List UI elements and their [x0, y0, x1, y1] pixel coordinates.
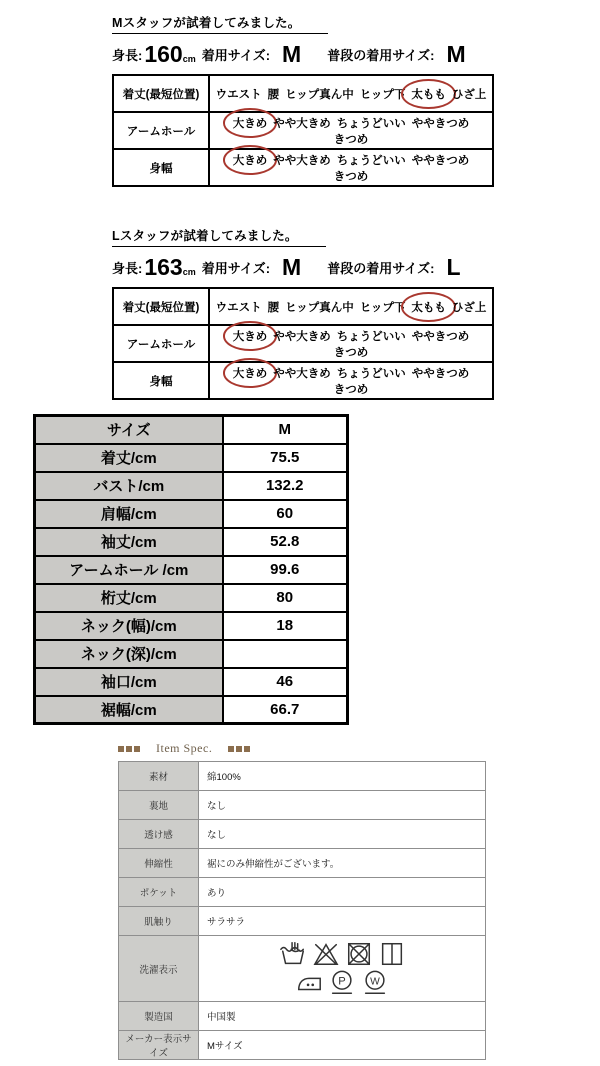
laundry-symbols-row: PW	[295, 969, 389, 997]
spec-label: 肌触り	[119, 907, 199, 936]
option: やや大きめ	[273, 115, 331, 131]
option-circled-red: 太もも	[411, 86, 446, 102]
fit-table-row: 身幅大きめやや大きめちょうどいいややきつめきつめ	[113, 362, 493, 399]
spec-value: 中国製	[199, 1002, 486, 1031]
spec-table-row: 裏地なし	[119, 791, 486, 820]
spec-value: あり	[199, 878, 486, 907]
do-not-bleach-icon	[312, 940, 340, 968]
spec-value: 綿100%	[199, 762, 486, 791]
fit-row-label: 着丈(最短位置)	[113, 288, 209, 325]
size-col-header: サイズ	[35, 416, 223, 444]
spec-table-row: 洗濯表示PW	[119, 936, 486, 1002]
option: ヒップ真ん中	[285, 299, 354, 315]
brown-squares-icon	[118, 746, 140, 752]
brown-squares-icon	[228, 746, 250, 752]
size-col-value-header: M	[223, 416, 348, 444]
fit-row-label: アームホール	[113, 112, 209, 149]
option: きつめ	[334, 344, 369, 360]
svg-text:P: P	[338, 975, 345, 987]
fit-table-row: アームホール大きめやや大きめちょうどいいややきつめきつめ	[113, 325, 493, 362]
height-unit: cm	[183, 267, 196, 279]
option: やや大きめ	[273, 328, 331, 344]
fit-row-label: アームホール	[113, 325, 209, 362]
spec-value: Mサイズ	[199, 1031, 486, 1060]
iron-two-dots-icon	[295, 969, 323, 997]
spec-table-row: 透け感なし	[119, 820, 486, 849]
item-spec-table: 素材綿100%裏地なし透け感なし伸縮性裾にのみ伸縮性がございます。ポケットあり肌…	[118, 761, 486, 1060]
fit-section-m: Mスタッフが試着してみました。 身長: 160 cm 着用サイズ: M 普段の着…	[112, 13, 494, 187]
option: ややきつめ	[412, 328, 470, 344]
measure-label: ネック(幅)/cm	[35, 612, 223, 640]
size-table-row: サイズM	[35, 416, 348, 444]
option: きつめ	[334, 131, 369, 147]
measure-label: 肩幅/cm	[35, 500, 223, 528]
measure-label: 桁丈/cm	[35, 584, 223, 612]
fit-row-label: 身幅	[113, 362, 209, 399]
measure-label: ネック(深)/cm	[35, 640, 223, 668]
option-circled-red: 大きめ	[233, 328, 268, 344]
size-table-row: ネック(深)/cm	[35, 640, 348, 668]
height-value: 163	[144, 256, 182, 279]
option: きつめ	[334, 168, 369, 184]
measure-value: 99.6	[223, 556, 348, 584]
fit-section-l-heading: Lスタッフが試着してみました。	[112, 226, 326, 247]
fit-section-l-info: 身長: 163 cm 着用サイズ: M 普段の着用サイズ: L	[112, 256, 494, 279]
height-label: 身長:	[112, 45, 142, 66]
spec-table-row: 肌触りサラサラ	[119, 907, 486, 936]
spec-value: なし	[199, 820, 486, 849]
option: ややきつめ	[412, 365, 470, 381]
fit-row-options: ウエスト腰ヒップ真ん中ヒップ下太ももひざ上	[209, 75, 493, 112]
spec-label: 伸縮性	[119, 849, 199, 878]
height-value: 160	[144, 43, 182, 66]
usual-size-label: 普段の着用サイズ:	[327, 258, 434, 279]
option: ヒップ真ん中	[285, 86, 354, 102]
option-circled-red: 太もも	[411, 299, 446, 315]
dry-clean-p-icon: P	[328, 969, 356, 997]
option: ウエスト	[216, 86, 262, 102]
item-spec-title: Item Spec.	[156, 741, 212, 756]
laundry-symbols: PW	[199, 938, 485, 999]
spec-value: サラサラ	[199, 907, 486, 936]
fit-table-m: 着丈(最短位置)ウエスト腰ヒップ真ん中ヒップ下太ももひざ上アームホール大きめやや…	[112, 74, 494, 187]
spec-label: 透け感	[119, 820, 199, 849]
wear-size-label: 着用サイズ:	[202, 258, 270, 279]
fit-table-row: 着丈(最短位置)ウエスト腰ヒップ真ん中ヒップ下太ももひざ上	[113, 75, 493, 112]
option: ウエスト	[216, 299, 262, 315]
option: ヒップ下	[360, 299, 406, 315]
height-unit: cm	[183, 54, 196, 66]
size-measurements-table: サイズM着丈/cm75.5バスト/cm132.2肩幅/cm60袖丈/cm52.8…	[33, 414, 349, 725]
measure-value: 75.5	[223, 444, 348, 472]
measure-label: 袖口/cm	[35, 668, 223, 696]
fit-table-row: 着丈(最短位置)ウエスト腰ヒップ真ん中ヒップ下太ももひざ上	[113, 288, 493, 325]
wet-clean-w-icon: W	[361, 969, 389, 997]
fit-row-options: 大きめやや大きめちょうどいいややきつめきつめ	[209, 112, 493, 149]
laundry-symbols-row	[279, 940, 406, 968]
size-table-row: アームホール /cm99.6	[35, 556, 348, 584]
measure-label: 裾幅/cm	[35, 696, 223, 724]
wear-size-label: 着用サイズ:	[202, 45, 270, 66]
option: ちょうどいい	[337, 365, 406, 381]
usual-size-value: M	[447, 43, 466, 66]
size-table-row: 桁丈/cm80	[35, 584, 348, 612]
measure-value: 52.8	[223, 528, 348, 556]
measure-value: 66.7	[223, 696, 348, 724]
fit-table-row: アームホール大きめやや大きめちょうどいいややきつめきつめ	[113, 112, 493, 149]
size-table-row: 肩幅/cm60	[35, 500, 348, 528]
option: ひざ上	[452, 299, 487, 315]
size-table-row: バスト/cm132.2	[35, 472, 348, 500]
usual-size-value: L	[447, 256, 461, 279]
option: きつめ	[334, 381, 369, 397]
option: 腰	[268, 299, 280, 315]
spec-label: 素材	[119, 762, 199, 791]
option-circled-red: 大きめ	[233, 115, 268, 131]
measure-value: 60	[223, 500, 348, 528]
option: ひざ上	[452, 86, 487, 102]
fit-row-options: 大きめやや大きめちょうどいいややきつめきつめ	[209, 149, 493, 186]
svg-text:W: W	[370, 976, 380, 987]
line-dry-icon	[378, 940, 406, 968]
spec-value: なし	[199, 791, 486, 820]
fit-section-m-info: 身長: 160 cm 着用サイズ: M 普段の着用サイズ: M	[112, 43, 494, 66]
measure-value	[223, 640, 348, 668]
fit-row-options: 大きめやや大きめちょうどいいややきつめきつめ	[209, 325, 493, 362]
measure-label: アームホール /cm	[35, 556, 223, 584]
do-not-tumble-dry-icon	[345, 940, 373, 968]
fit-section-m-heading: Mスタッフが試着してみました。	[112, 13, 328, 34]
option: ややきつめ	[412, 115, 470, 131]
item-spec-header: Item Spec.	[118, 741, 600, 756]
spec-value: 裾にのみ伸縮性がございます。	[199, 849, 486, 878]
option: ちょうどいい	[337, 152, 406, 168]
spec-table-row: 製造国中国製	[119, 1002, 486, 1031]
fit-section-l: Lスタッフが試着してみました。 身長: 163 cm 着用サイズ: M 普段の着…	[112, 226, 494, 400]
product-spec-page: Mスタッフが試着してみました。 身長: 160 cm 着用サイズ: M 普段の着…	[0, 0, 600, 1066]
size-table-row: 着丈/cm75.5	[35, 444, 348, 472]
fit-row-options: 大きめやや大きめちょうどいいややきつめきつめ	[209, 362, 493, 399]
spec-label: 洗濯表示	[119, 936, 199, 1002]
spec-table-row: メーカー表示サイズMサイズ	[119, 1031, 486, 1060]
option: 腰	[268, 86, 280, 102]
size-table-row: 袖口/cm46	[35, 668, 348, 696]
measure-label: 着丈/cm	[35, 444, 223, 472]
size-table-row: ネック(幅)/cm18	[35, 612, 348, 640]
spec-label: ポケット	[119, 878, 199, 907]
spec-table-row: 素材綿100%	[119, 762, 486, 791]
spec-table-row: 伸縮性裾にのみ伸縮性がございます。	[119, 849, 486, 878]
spec-label: 裏地	[119, 791, 199, 820]
height-label: 身長:	[112, 258, 142, 279]
measure-value: 80	[223, 584, 348, 612]
measure-value: 18	[223, 612, 348, 640]
option-circled-red: 大きめ	[233, 365, 268, 381]
size-table-row: 袖丈/cm52.8	[35, 528, 348, 556]
size-table-row: 裾幅/cm66.7	[35, 696, 348, 724]
measure-value: 46	[223, 668, 348, 696]
measure-label: バスト/cm	[35, 472, 223, 500]
hand-wash-icon	[279, 940, 307, 968]
usual-size-label: 普段の着用サイズ:	[327, 45, 434, 66]
option: ちょうどいい	[337, 328, 406, 344]
wear-size-value: M	[282, 256, 301, 279]
measure-label: 袖丈/cm	[35, 528, 223, 556]
option: やや大きめ	[273, 365, 331, 381]
option-circled-red: 大きめ	[233, 152, 268, 168]
spec-label: メーカー表示サイズ	[119, 1031, 199, 1060]
fit-row-label: 着丈(最短位置)	[113, 75, 209, 112]
option: ややきつめ	[412, 152, 470, 168]
wear-size-value: M	[282, 43, 301, 66]
spec-value: PW	[199, 936, 486, 1002]
measure-value: 132.2	[223, 472, 348, 500]
fit-table-row: 身幅大きめやや大きめちょうどいいややきつめきつめ	[113, 149, 493, 186]
fit-table-l: 着丈(最短位置)ウエスト腰ヒップ真ん中ヒップ下太ももひざ上アームホール大きめやや…	[112, 287, 494, 400]
option: ヒップ下	[360, 86, 406, 102]
option: ちょうどいい	[337, 115, 406, 131]
fit-row-label: 身幅	[113, 149, 209, 186]
spec-table-row: ポケットあり	[119, 878, 486, 907]
spec-label: 製造国	[119, 1002, 199, 1031]
option: やや大きめ	[273, 152, 331, 168]
fit-row-options: ウエスト腰ヒップ真ん中ヒップ下太ももひざ上	[209, 288, 493, 325]
